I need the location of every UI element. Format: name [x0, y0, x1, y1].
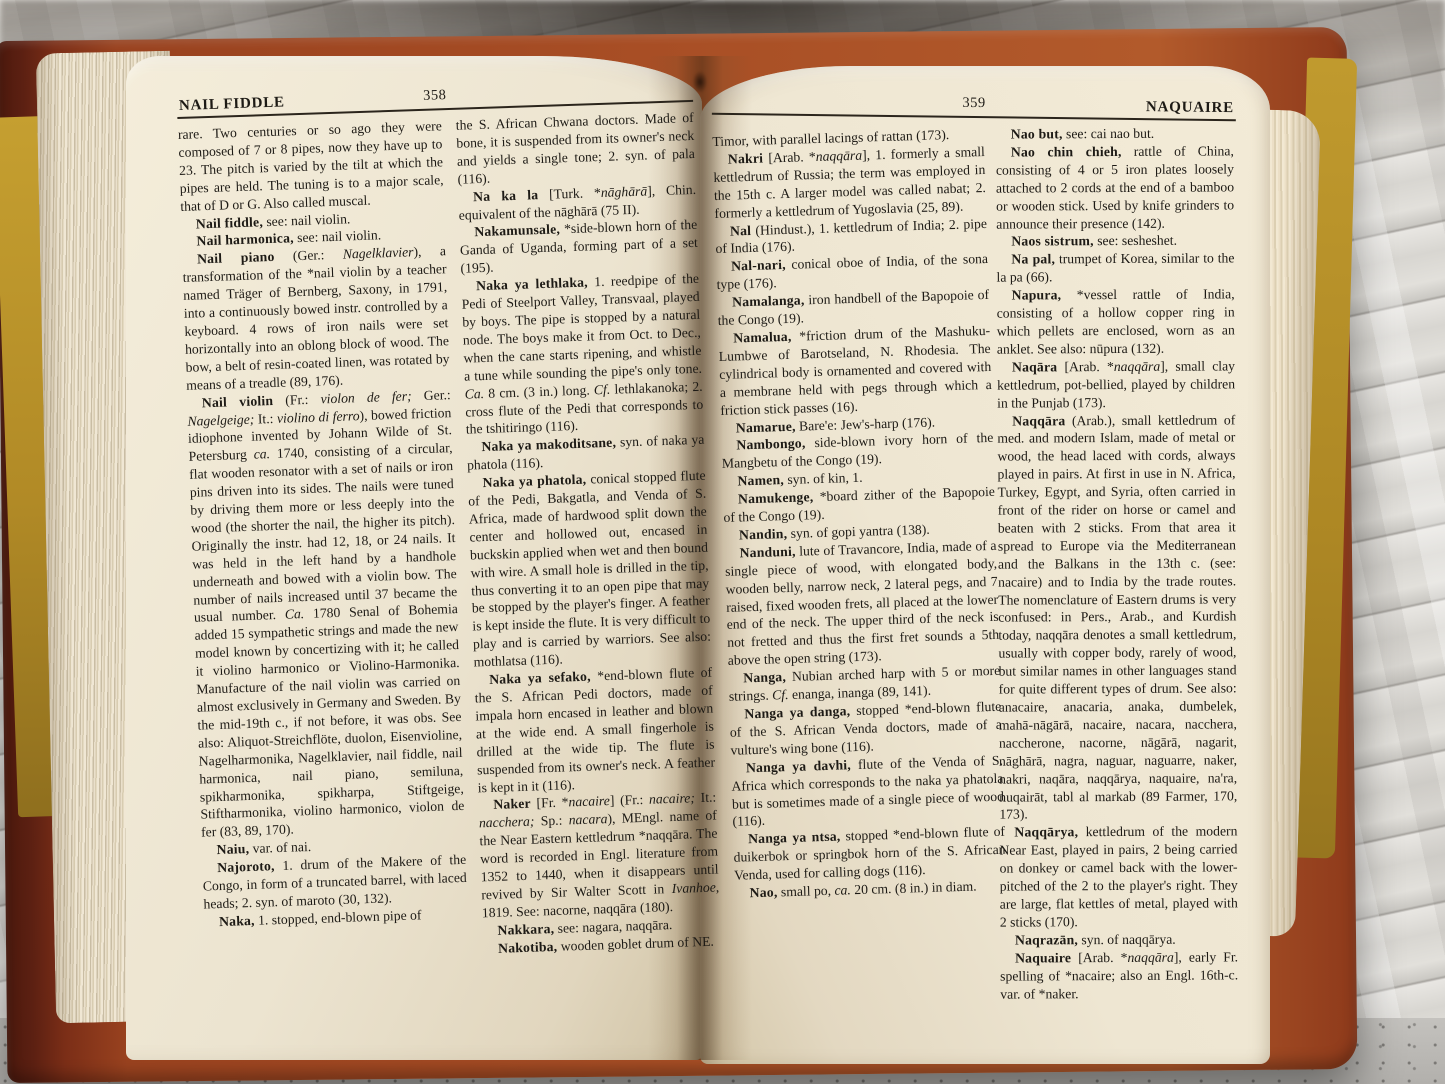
dictionary-entry: Napura, *vessel rattle of India, consist…	[997, 286, 1235, 359]
dictionary-entry: Namalua, *friction drum of the Mashuku-L…	[718, 322, 993, 420]
dictionary-entry: Nanduni, lute of Travancore, India, made…	[724, 537, 1000, 670]
dictionary-entry: Naqāra [Arab. *naqqāra], small clay kett…	[997, 357, 1235, 412]
dictionary-entry: Naka ya phatola, conical stopped flute o…	[467, 467, 711, 672]
right-column-2: Nao but, see: cai nao but.Nao chin chieh…	[996, 124, 1239, 1003]
dictionary-entry: Na pal, trumpet of Korea, similar to the…	[996, 250, 1234, 287]
dictionary-entry: rare. Two centuries or so ago they were …	[178, 117, 445, 215]
dictionary-entry: Naka ya sefako, *end-blown flute of the …	[474, 664, 716, 797]
dictionary-entry: Naquaire [Arab. *naqqāra], early Fr. spe…	[1000, 948, 1238, 1003]
dictionary-entry: Nanga ya davhi, flute of the Venda of S.…	[731, 751, 1005, 831]
dictionary-entry: the S. African Chwana doctors. Made of b…	[455, 109, 695, 188]
dictionary-entry: Nao chin chieh, rattle of China, consist…	[996, 142, 1234, 233]
right-running-head: NAQUAIRE	[1146, 99, 1234, 117]
dictionary-entry: Nakamunsale, *side-blown horn of the Gan…	[459, 216, 699, 278]
dictionary-entry: Nail piano (Ger.: Nagelklavier), a trans…	[182, 243, 451, 395]
dictionary-entry: Naqqāra (Arab.), small kettledrum of med…	[997, 411, 1237, 824]
left-column-1: rare. Two centuries or so ago they were …	[178, 117, 469, 931]
left-page-number: 358	[423, 87, 447, 105]
right-page-header: 359 NAQUAIRE	[712, 87, 1236, 121]
dictionary-entry: Naqqārya, kettledrum of the modern Near …	[999, 823, 1238, 932]
dictionary-entry: Naqrazān, syn. of naqqārya.	[1000, 930, 1238, 949]
right-column-1: Timor, with parallel lacings of rattan (…	[712, 125, 1007, 903]
dictionary-entry: Naker [Fr. *nacaire] (Fr.: nacaire; It.:…	[478, 789, 720, 922]
right-page-content: 359 NAQUAIRE Timor, with parallel lacing…	[712, 90, 1236, 1002]
dictionary-entry: Nail violin (Fr.: violon de fer; Ger.: N…	[187, 386, 466, 842]
right-page-number: 359	[962, 95, 985, 112]
dictionary-entry: Nakri [Arab. *naqqāra], 1. formerly a sm…	[713, 143, 987, 223]
spine-notch	[690, 70, 710, 100]
dictionary-entry: Nanga ya ntsa, stopped *end-blown flute …	[733, 823, 1006, 885]
left-column-2: the S. African Chwana doctors. Made of b…	[455, 109, 721, 958]
dictionary-entry: Naka ya lethlaka, 1. reedpipe of the Ped…	[461, 270, 704, 439]
dictionary-entry: Naos sistrum, see: sesheshet.	[996, 232, 1234, 251]
dictionary-entry: Nanga ya danga, stopped *end-blown flute…	[729, 698, 1002, 760]
dictionary-entry: Najoroto, 1. drum of the Makere of the C…	[202, 851, 468, 913]
left-page-content: NAIL FIDDLE 358 rare. Two centuries or s…	[176, 74, 721, 967]
dictionary-entry: Nao but, see: cai nao but.	[996, 124, 1234, 143]
left-running-head: NAIL FIDDLE	[179, 94, 285, 115]
